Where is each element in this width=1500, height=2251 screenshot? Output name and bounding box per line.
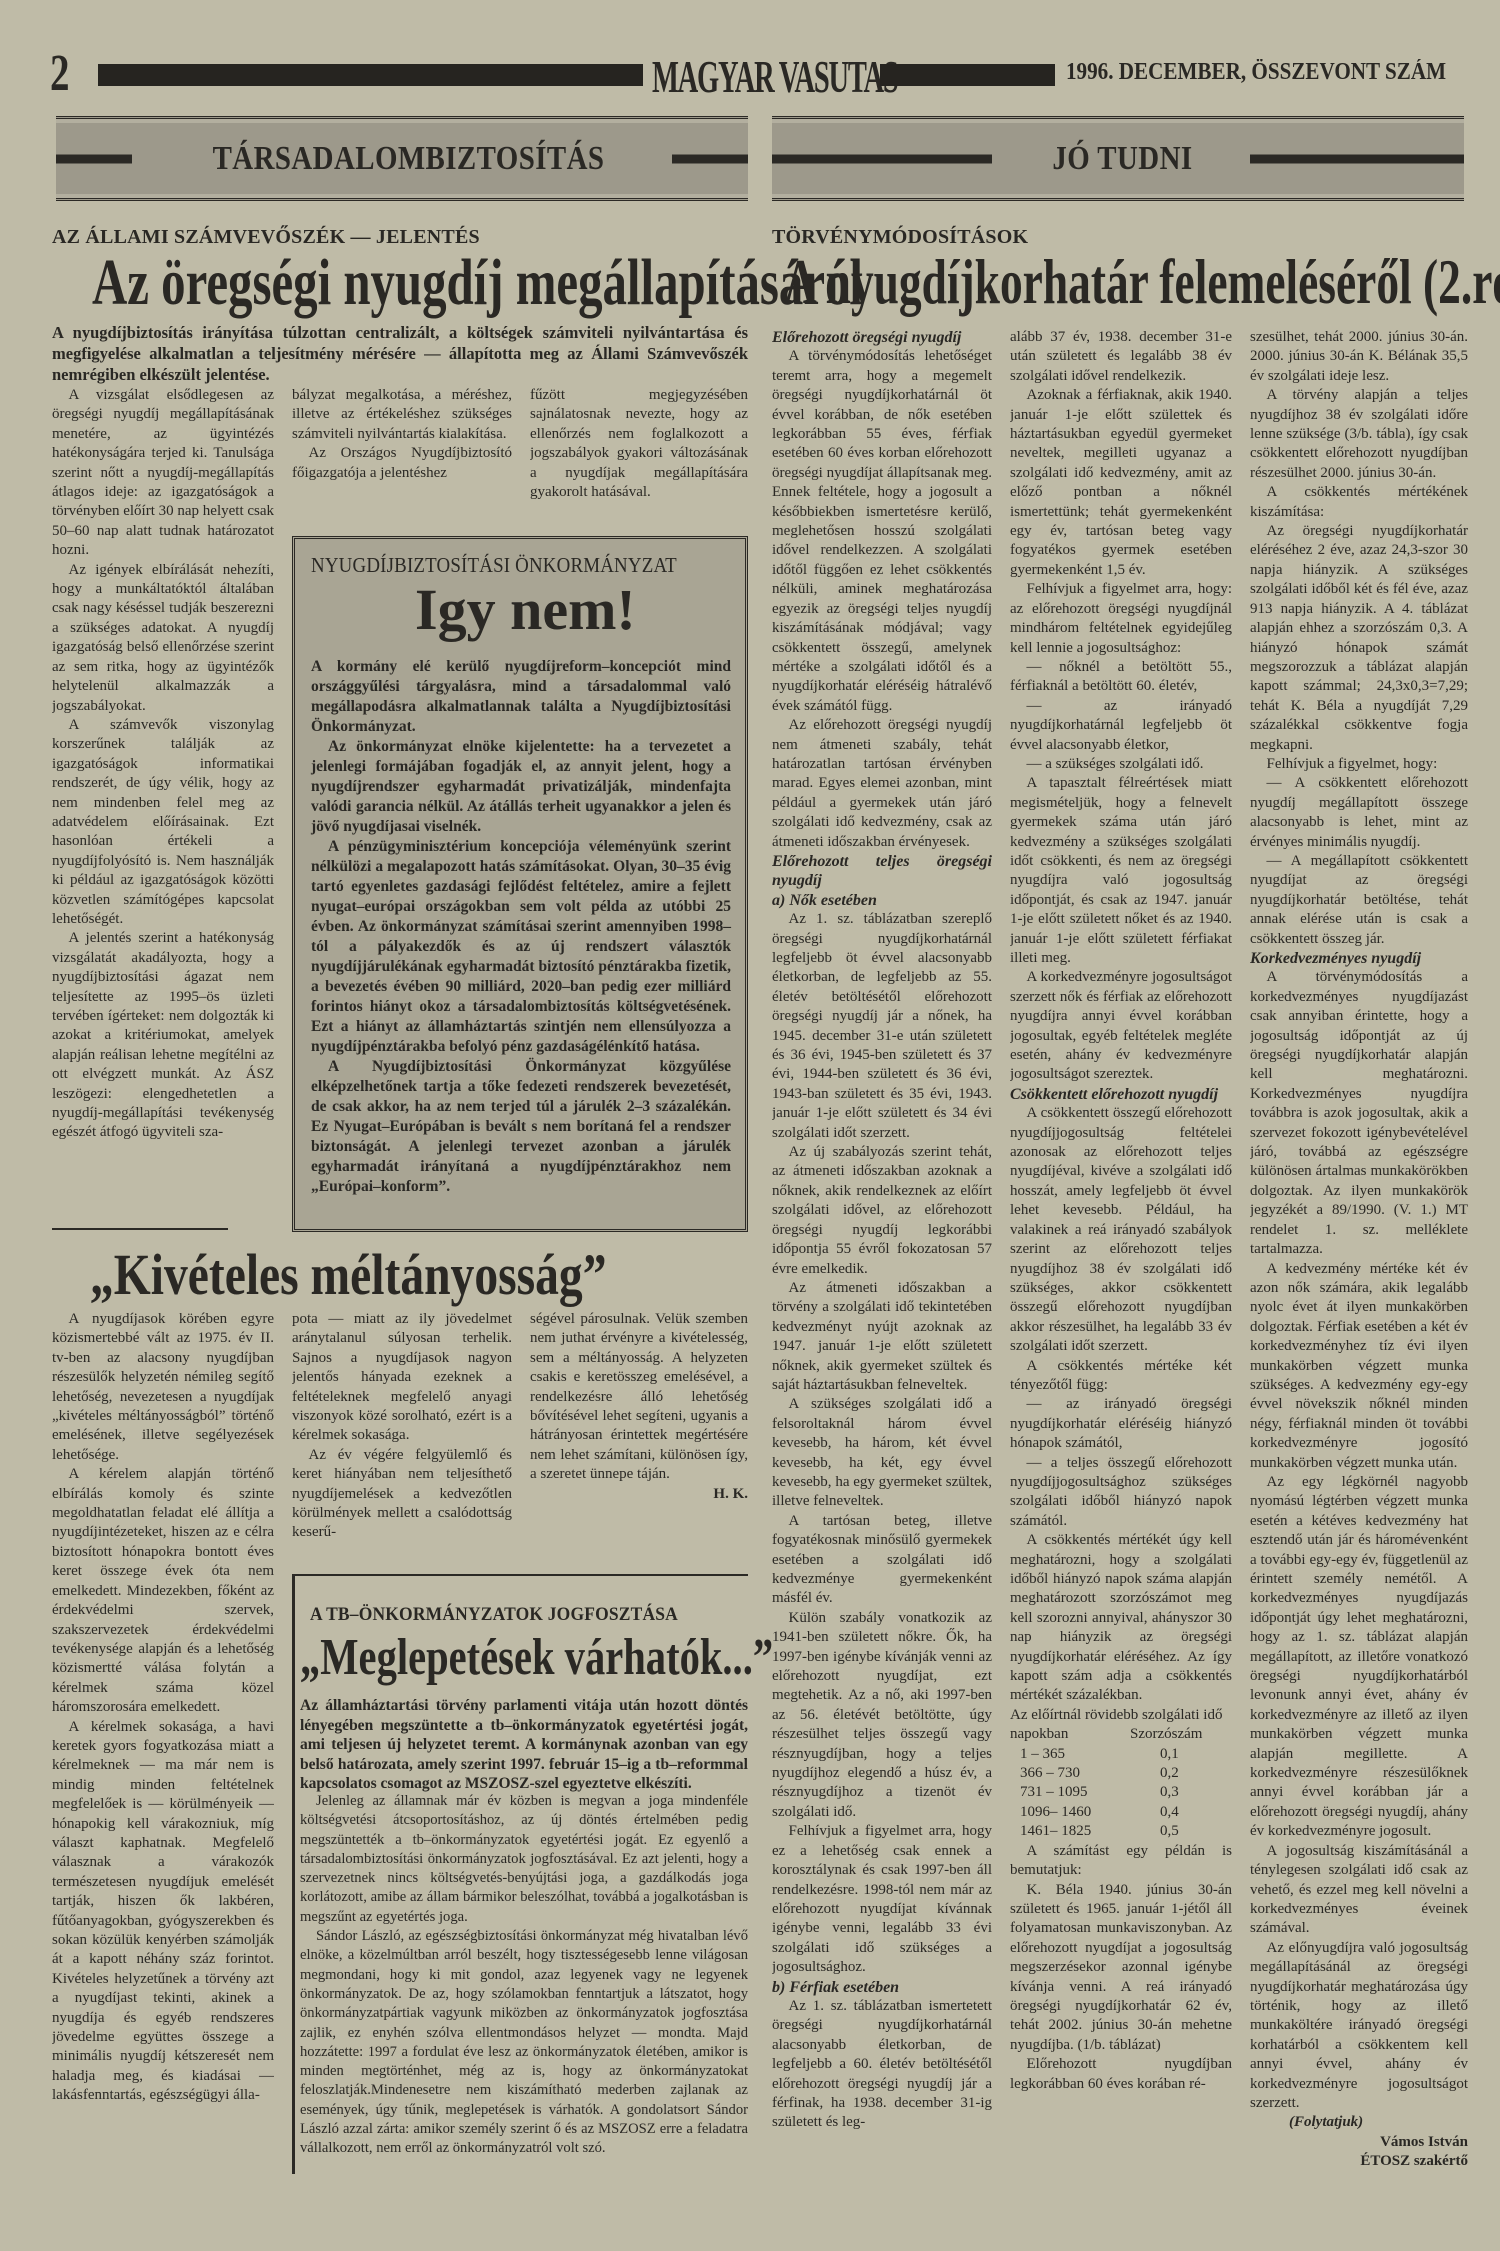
paragraph: A tartósan beteg, illetve fogyatékosnak … (772, 1512, 992, 1609)
paragraph: Az igények elbírálását nehezíti, hogy a … (52, 561, 274, 716)
paragraph: A nyugdíjasok körében egyre közismertebb… (52, 1310, 274, 1465)
divider (292, 1574, 748, 1576)
article-column: Előrehozott öregségi nyugdíjA törvénymód… (772, 328, 992, 2228)
article-kicker: NYUGDÍJBIZTOSÍTÁSI ÖNKORMÁNYZAT (311, 553, 677, 578)
table-cell: 1096– 1460 (1010, 1803, 1130, 1822)
paragraph: A kérelem alapján történő elbírálás komo… (52, 1465, 274, 1717)
paragraph: Felhívjuk a figyelmet, hogy: (1250, 755, 1468, 774)
paragraph: Az év végére felgyülemlő és keret hiányá… (292, 1446, 512, 1543)
subheading: Csökkentett előrehozott nyugdíj (1010, 1085, 1232, 1104)
paragraph: ségével párosulnak. Velük szemben nem ju… (530, 1310, 748, 1485)
article-body: Jelenleg az államnak már év közben is me… (300, 1792, 748, 2192)
paragraph: Az öregségi nyugdíjkorhatár eléréséhez 2… (1250, 522, 1468, 755)
paragraph: szesülhet, tehát 2000. június 30-án. 200… (1250, 328, 1468, 386)
paragraph: A törvénymódosítás a korkedvezményes nyu… (1250, 968, 1468, 1259)
paragraph: Az előnyugdíjra való jogosultság megálla… (1250, 1939, 1468, 2114)
paragraph: pota — miatt az ily jövedelmet aránytala… (292, 1310, 512, 1446)
section-title: JÓ TUDNI (1052, 140, 1192, 178)
paragraph: A jelentés szerint a hatékonyság vizsgál… (52, 929, 274, 1142)
subheading: Korkedvezményes nyugdíj (1250, 949, 1468, 968)
page-number: 2 (50, 48, 70, 100)
table-header-cell: napokban (1010, 1725, 1130, 1744)
table-header: napokban Szorzószám (1010, 1725, 1232, 1744)
table-cell: 1 – 365 (1010, 1745, 1130, 1764)
multiplier-table: Az előírtnál rövidebb szolgálati idő nap… (1010, 1706, 1232, 1842)
paragraph: — A csökkentett előrehozott nyugdíj megá… (1250, 774, 1468, 852)
paragraph: A kérelmek sokasága, a havi keretek gyor… (52, 1718, 274, 2106)
paragraph: Az előrehozott öregségi nyugdíj nem átme… (772, 716, 992, 852)
paragraph: Az átmeneti időszakban a törvény a szolg… (772, 1279, 992, 1395)
table-cell: 0,1 (1130, 1745, 1179, 1764)
article-headline: „Kivételes méltányosság” (90, 1246, 606, 1304)
continued-note: (Folytatjuk) (1250, 2113, 1468, 2132)
paragraph: Külön szabály vonatkozik az 1941-ben szü… (772, 1609, 992, 1822)
article-column: pota — miatt az ily jövedelmet aránytala… (292, 1310, 512, 1570)
masthead-title: MAGYAR VASUTAS (652, 54, 897, 100)
paragraph: A jogosultság kiszámításánál a tényleges… (1250, 1842, 1468, 1939)
paragraph: A szükséges szolgálati idő a felsoroltak… (772, 1395, 992, 1511)
paragraph: A törvény alapján a teljes nyugdíjhoz 38… (1250, 386, 1468, 483)
paragraph: Az egy légkörnél nagyobb nyomású légtérb… (1250, 1473, 1468, 1842)
paragraph: Előrehozott nyugdíjban legkorábban 60 év… (1010, 2055, 1232, 2094)
paragraph: Felhívjuk a figyelmet arra, hogy ez a le… (772, 1822, 992, 1977)
table-row: 1 – 3650,1 (1010, 1745, 1232, 1764)
masthead-rule-right (880, 64, 1055, 86)
paragraph: — a szükséges szolgálati idő. (1010, 755, 1232, 774)
article-column: szesülhet, tehát 2000. június 30-án. 200… (1250, 328, 1468, 2228)
paragraph: A csökkentett összegű előrehozott nyugdí… (1010, 1104, 1232, 1356)
paragraph: A kormány elé kerülő nyugdíjreform–konce… (311, 657, 731, 737)
paragraph: A kedvezmény mértéke két év azon nők szá… (1250, 1260, 1468, 1473)
paragraph: Felhívjuk a figyelmet arra, hogy: az elő… (1010, 580, 1232, 658)
article-column: A vizsgálat elsődlegesen az öregségi nyu… (52, 386, 274, 1226)
subheading: b) Férfiak esetében (772, 1978, 992, 1997)
paragraph: A csökkentés mértékét úgy kell meghatáro… (1010, 1531, 1232, 1706)
paragraph: A számvevők viszonylag korszerűnek talál… (52, 716, 274, 929)
divider (52, 1228, 228, 1230)
section-banner-social-insurance: TÁRSADALOMBIZTOSÍTÁS (56, 116, 748, 201)
article-column: bályzat megalkotása, a méréshez, illetve… (292, 386, 512, 506)
article-lead: A nyugdíjbiztosítás irányítása túlzottan… (52, 322, 748, 385)
table-header-cell: Szorzószám (1130, 1725, 1202, 1744)
paragraph: — nőknél a betöltött 55., férfiaknál a b… (1010, 658, 1232, 697)
paragraph: A számítást egy példán is bemutatjuk: (1010, 1842, 1232, 1881)
article-column: fűzött megjegyzésében sajnálatosnak neve… (530, 386, 748, 506)
issue-date: 1996. DECEMBER, ÖSSZEVONT SZÁM (1066, 60, 1446, 84)
subheading: a) Nők esetében (772, 891, 992, 910)
paragraph: Azoknak a férfiaknak, akik 1940. január … (1010, 386, 1232, 580)
paragraph: A pénzügyminisztérium koncepciója vélemé… (311, 837, 731, 1057)
table-cell: 0,5 (1130, 1822, 1179, 1841)
article-headline: Igy nem! (415, 581, 636, 639)
table-row: 1096– 14600,4 (1010, 1803, 1232, 1822)
table-cell: 366 – 730 (1010, 1764, 1130, 1783)
paragraph: Az új szabályozás szerint tehát, az átme… (772, 1143, 992, 1279)
paragraph: A vizsgálat elsődlegesen az öregségi nyu… (52, 386, 274, 561)
section-title: TÁRSADALOMBIZTOSÍTÁS (213, 140, 605, 178)
paragraph: alább 37 év, 1938. december 31-e után sz… (1010, 328, 1232, 386)
table-cell: 0,2 (1130, 1764, 1179, 1783)
divider (292, 1574, 295, 2174)
banner-rule (772, 154, 992, 163)
boxed-article-igy-nem: NYUGDÍJBIZTOSÍTÁSI ÖNKORMÁNYZAT Igy nem!… (292, 536, 748, 1232)
paragraph: — a teljes összegű előrehozott nyugdíjjo… (1010, 1454, 1232, 1532)
paragraph: Az önkormányzat elnöke kijelentette: ha … (311, 737, 731, 837)
paragraph: Jelenleg az államnak már év közben is me… (300, 1792, 748, 1927)
subheading: Előrehozott teljes öregségi nyugdíj (772, 852, 992, 891)
paragraph: — A megállapított csökkentett nyugdíjat … (1250, 852, 1468, 949)
article-column: A nyugdíjasok körében egyre közismertebb… (52, 1310, 274, 2245)
column-text: szesülhet, tehát 2000. június 30-án. 200… (1250, 328, 1468, 2113)
table-caption: Az előírtnál rövidebb szolgálati idő (1010, 1706, 1232, 1725)
column-text: A számítást egy példán is bemutatjuk:K. … (1010, 1842, 1232, 2094)
paragraph: — az irányadó nyugdíjkorhatárnál legfelj… (1010, 697, 1232, 755)
paragraph: Az 1. sz. táblázatban szereplő öregségi … (772, 910, 992, 1143)
paragraph: A csökkentés mértéke két tényezőtől függ… (1010, 1357, 1232, 1396)
article-column: alább 37 év, 1938. december 31-e után sz… (1010, 328, 1232, 2228)
table-body: 1 – 3650,1366 – 7300,2731 – 10950,31096–… (1010, 1745, 1232, 1842)
article-headline: Az öregségi nyugdíj megállapításáról (92, 250, 863, 316)
table-cell: 0,3 (1130, 1783, 1179, 1802)
paragraph: Az Országos Nyugdíjbiztosító főigazgatój… (292, 444, 512, 483)
masthead-rule-left (98, 64, 643, 86)
paragraph: — az irányadó öregségi nyugdíjkorhatár e… (1010, 1395, 1232, 1453)
column-text: alább 37 év, 1938. december 31-e után sz… (1010, 328, 1232, 1706)
author-initials: H. K. (530, 1485, 748, 1504)
article-headline: „Meglepetések várhatók...” (300, 1632, 773, 1684)
paragraph: fűzött megjegyzésében sajnálatosnak neve… (530, 386, 748, 502)
table-row: 731 – 10950,3 (1010, 1783, 1232, 1802)
paragraph: A Nyugdíjbiztosítási Önkormányzat közgyű… (311, 1057, 731, 1197)
table-cell: 1461– 1825 (1010, 1822, 1130, 1841)
article-column: ségével párosulnak. Velük szemben nem ju… (530, 1310, 748, 1570)
table-row: 366 – 7300,2 (1010, 1764, 1232, 1783)
table-cell: 731 – 1095 (1010, 1783, 1130, 1802)
paragraph: A korkedvezményre jogosultságot szerzett… (1010, 968, 1232, 1084)
article-kicker: A TB–ÖNKORMÁNYZATOK JOGFOSZTÁSA (310, 1604, 678, 1626)
article-body: A kormány elé kerülő nyugdíjreform–konce… (311, 657, 731, 1197)
author-name: Vámos István (1250, 2133, 1468, 2152)
author-title: ÉTOSZ szakértő (1250, 2152, 1468, 2171)
paragraph: Sándor László, az egészségbiztosítási ön… (300, 1927, 748, 2159)
paragraph: Az 1. sz. táblázatban ismertetett öregsé… (772, 1997, 992, 2133)
subheading: Előrehozott öregségi nyugdíj (772, 328, 992, 347)
banner-rule (56, 154, 132, 163)
banner-rule (1250, 154, 1464, 163)
paragraph: K. Béla 1940. június 30-án született és … (1010, 1881, 1232, 2056)
section-banner-good-to-know: JÓ TUDNI (772, 116, 1464, 201)
table-row: 1461– 18250,5 (1010, 1822, 1232, 1841)
banner-rule (672, 154, 748, 163)
table-cell: 0,4 (1130, 1803, 1179, 1822)
paragraph: A csökkentés mértékének kiszámítása: (1250, 483, 1468, 522)
article-headline: A nyugdíjkorhatár felemeléséről (2.rész) (784, 250, 1500, 314)
column-divider (760, 226, 761, 2226)
paragraph: A tapasztalt félreértések miatt megismét… (1010, 774, 1232, 968)
article-lead: Az államháztartási törvény parlamenti vi… (300, 1696, 748, 1794)
paragraph: bályzat megalkotása, a méréshez, illetve… (292, 386, 512, 444)
paragraph: A törvénymódosítás lehetőséget teremt ar… (772, 347, 992, 716)
